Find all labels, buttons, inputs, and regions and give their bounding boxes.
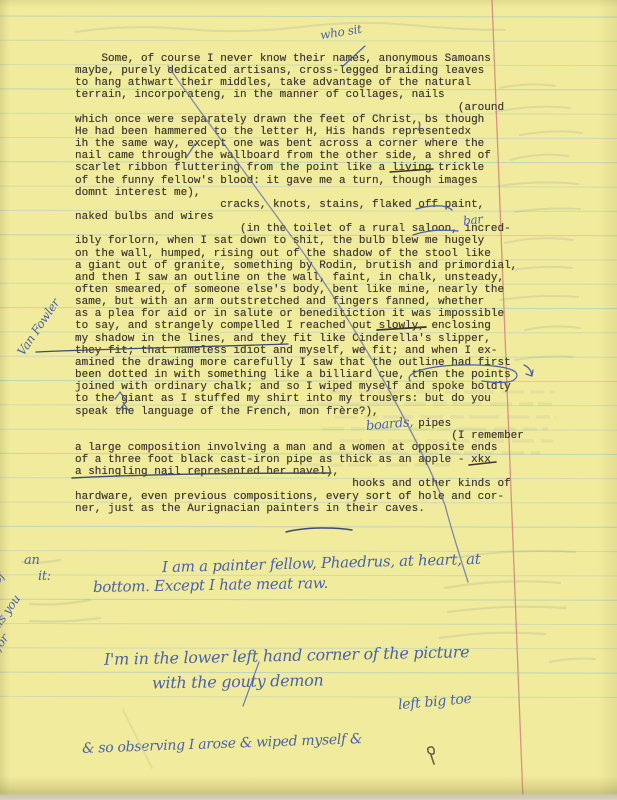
text-line: (around [75,102,524,114]
text-line: been dotted in with something like a bil… [75,369,524,381]
manuscript-page: Some, of course I never know their names… [0,0,617,800]
text-line: He had been hammered to the letter H, Hi… [75,126,524,138]
handwritten-line-left-big-toe: left big toe [397,691,472,713]
text-line: to hang athwart their middles, take adva… [75,77,524,89]
text-line: often smeared, of someone else's body, b… [75,284,524,296]
margin-note-an: an [24,553,40,568]
text-line: to the giant as I stuffed my shirt into … [75,393,524,405]
text-line: naked bulbs and wires [75,211,524,223]
text-line: ibly forlorn, when I sat down to shit, t… [75,235,524,247]
paper-bottom-edge [0,776,617,800]
text-line: they fit; that nameless idiot and myself… [75,345,524,357]
typed-text-block: Some, of course I never know their names… [75,53,524,515]
text-line: hooks and other kinds of [75,478,524,490]
text-line: pipes [75,418,524,430]
text-line: a large composition involving a man and … [75,442,524,454]
text-line: as a plea for aid or in salute or benedi… [75,308,524,320]
handwritten-word-bar: bar [462,212,483,228]
handwritten-line-so-observing: & so observing I arose & wiped myself & [82,731,363,757]
text-line: maybe, purely dedicated artisans, cross-… [75,65,524,77]
text-line: speak the language of the French, mon fr… [75,406,524,418]
text-line: hardware, even previous compositions, ev… [75,491,524,503]
handwritten-line-lower-left-corner: I'm in the lower left hand corner of the… [104,642,470,669]
text-line: to say, and strangely compelled I reache… [75,320,524,332]
text-line: ih the same way, except one was bent acr… [75,138,524,150]
handwritten-line-painter-fellow: I am a painter fellow, Phaedrus, at hear… [162,550,481,576]
text-line: of the funny fellow's blood: it gave me … [75,175,524,187]
text-line: a shingling nail represented her navel), [75,466,524,478]
text-line: and then I saw an outline on the wall, f… [75,272,524,284]
text-line: amined the drawing more carefully I saw … [75,357,524,369]
text-line: on the wall, humped, rising out of the s… [75,248,524,260]
text-line: (I remember [75,430,524,442]
handwritten-insertion-who-sit: who sit [319,22,362,42]
handwritten-line-gouty-demon: with the gouty demon [152,671,324,693]
text-line: same, but with an arm outstretched and f… [75,296,524,308]
handwritten-line-bottom-except: bottom. Except I hate meat raw. [93,574,328,596]
text-line: a giant out of granite, something by Rod… [75,260,524,272]
text-line: cracks, knots, stains, flaked off paint, [75,199,524,211]
margin-note-it: it: [38,569,51,584]
text-line: which once were separately drawn the fee… [75,114,524,126]
text-line: nail came through the wallboard from the… [75,150,524,162]
text-line: scarlet ribbon fluttering from the point… [75,162,524,174]
text-line: my shadow in the lines, and they fit lik… [75,333,524,345]
text-line: Some, of course I never know their names… [75,53,524,65]
text-line: domnt interest me), [75,187,524,199]
text-line: of a three foot black cast-iron pipe as … [75,454,524,466]
text-line: (in the toilet of a rural saloon, incred… [75,223,524,235]
text-line: ner, just as the Aurignacian painters in… [75,503,524,515]
text-line: joined with ordinary chalk; and so I wip… [75,381,524,393]
text-line: terrain, incorporateng, in the manner of… [75,89,524,101]
margin-note-name: Van Fowler [14,296,62,358]
